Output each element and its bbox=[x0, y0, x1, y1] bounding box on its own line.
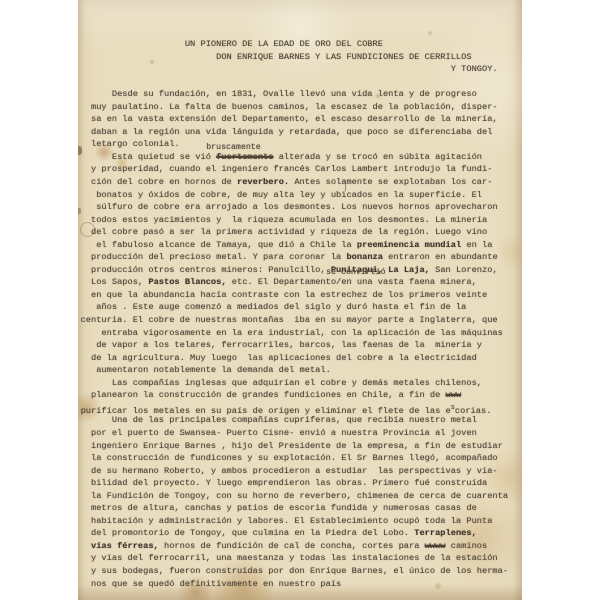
document-page: UN PIONERO DE LA EDAD DE ORO DEL COBRE D… bbox=[78, 0, 522, 600]
title-line: UN PIONERO DE LA EDAD DE ORO DEL COBRE bbox=[91, 38, 520, 51]
text-line: aumentaron notablemente la demanda del m… bbox=[91, 364, 520, 377]
text-line: en que la abundancia hacía contraste con… bbox=[91, 289, 520, 302]
text-line: producción del precioso metal. Y para co… bbox=[91, 251, 520, 264]
text-line: daban a la región una vida lánguida y re… bbox=[91, 126, 520, 139]
text-line: del promontorio de Tongoy, que culmina e… bbox=[91, 527, 520, 540]
text-line: todos estos yacimientos y la riqueza acu… bbox=[91, 214, 520, 227]
text-line: de su hermano Roberto, y ambos procedier… bbox=[91, 465, 520, 478]
text-line: planearon la construcción de grandes fun… bbox=[91, 389, 520, 402]
interlinear-insertion: bruscamente bbox=[206, 142, 260, 155]
text-line: letargo colonial. bbox=[91, 138, 520, 151]
text-line: Esta quietud se vió bruscamentefuertemen… bbox=[91, 151, 520, 164]
text-line: muy paulatino. La falta de buenos camino… bbox=[91, 101, 520, 114]
text-line: ingeniero Enrique Barnes , hijo del Pres… bbox=[91, 440, 520, 453]
text-line: y prosperidad, cuando el ingeniero franc… bbox=[91, 163, 520, 176]
text-line: súlfuro de cobre era arrojado a los desm… bbox=[91, 201, 520, 214]
text-line: entraba vigorosamente en la era industri… bbox=[91, 327, 520, 340]
text-line: y vías del ferrocarril, una maestanza y … bbox=[91, 552, 520, 565]
text-line: producción otros centros mineros: Panulc… bbox=[91, 264, 520, 277]
edge-stain-mark bbox=[78, 146, 82, 155]
title-line: DON ENRIQUE BARNES Y LAS FUNDICIONES DE … bbox=[91, 51, 520, 64]
text-line: de la agricultura. Muy luego las aplicac… bbox=[91, 352, 520, 365]
text-line: bilidad del proyecto. Y luego emprendier… bbox=[91, 477, 520, 490]
title-line: Y TONGOY. bbox=[91, 63, 520, 76]
interlinear-insertion: se convirtió bbox=[326, 267, 385, 280]
text-line: Desde su fundación, en 1831, Ovalle llev… bbox=[91, 88, 520, 101]
text-line: y sus bodegas, fueron construídas por do… bbox=[91, 565, 520, 578]
scan-background: UN PIONERO DE LA EDAD DE ORO DEL COBRE D… bbox=[0, 0, 600, 600]
text-line: metros de altura, canchas y patios de es… bbox=[91, 502, 520, 515]
struck-out-word: wwww bbox=[425, 541, 446, 551]
text-line: de vapor a los telares, ferrocarriles, b… bbox=[91, 339, 520, 352]
text-line: Los Sapos, Pastos Blancos, etc. El Depar… bbox=[91, 276, 520, 289]
text-line: purificar los metales en su país de orig… bbox=[81, 402, 520, 415]
text-line bbox=[91, 76, 520, 89]
text-line: centuria. El cobre de nuestras montañas … bbox=[81, 314, 520, 327]
text-line: habitación y administración y labores. E… bbox=[91, 515, 520, 528]
text-line: la Fundición de Tongoy, con su horno de … bbox=[91, 490, 520, 503]
struck-out-word: www bbox=[446, 390, 462, 400]
text-line: años . Este auge comenzó a mediados del … bbox=[91, 301, 520, 314]
text-line: sa en la vasta extensión del Departament… bbox=[91, 113, 520, 126]
text-line: nos que se quedó definitivamente en nues… bbox=[91, 578, 520, 591]
text-line: Las compañías inglesas que adquirían el … bbox=[91, 377, 520, 390]
text-line: la construcción de fundicones y su explo… bbox=[91, 452, 520, 465]
text-line: vías férreas, hornos de fundición de cal… bbox=[91, 540, 520, 553]
text-line: por el puerto de Swansea- Puerto Cisne- … bbox=[91, 427, 520, 440]
text-line: el fabuloso alcance de Tamaya, que dió a… bbox=[91, 239, 520, 252]
text-line: ción del cobre en hornos de reverbero. A… bbox=[91, 176, 520, 189]
typewritten-text: UN PIONERO DE LA EDAD DE ORO DEL COBRE D… bbox=[91, 38, 520, 590]
edge-stain-mark bbox=[78, 208, 81, 214]
text-line: bonatos y óxidos de cobre, de muy alta l… bbox=[91, 189, 520, 202]
text-line: del cobre pasó a ser la primera activida… bbox=[91, 226, 520, 239]
text-line: Una de las principales compañías cuprífe… bbox=[91, 414, 520, 427]
